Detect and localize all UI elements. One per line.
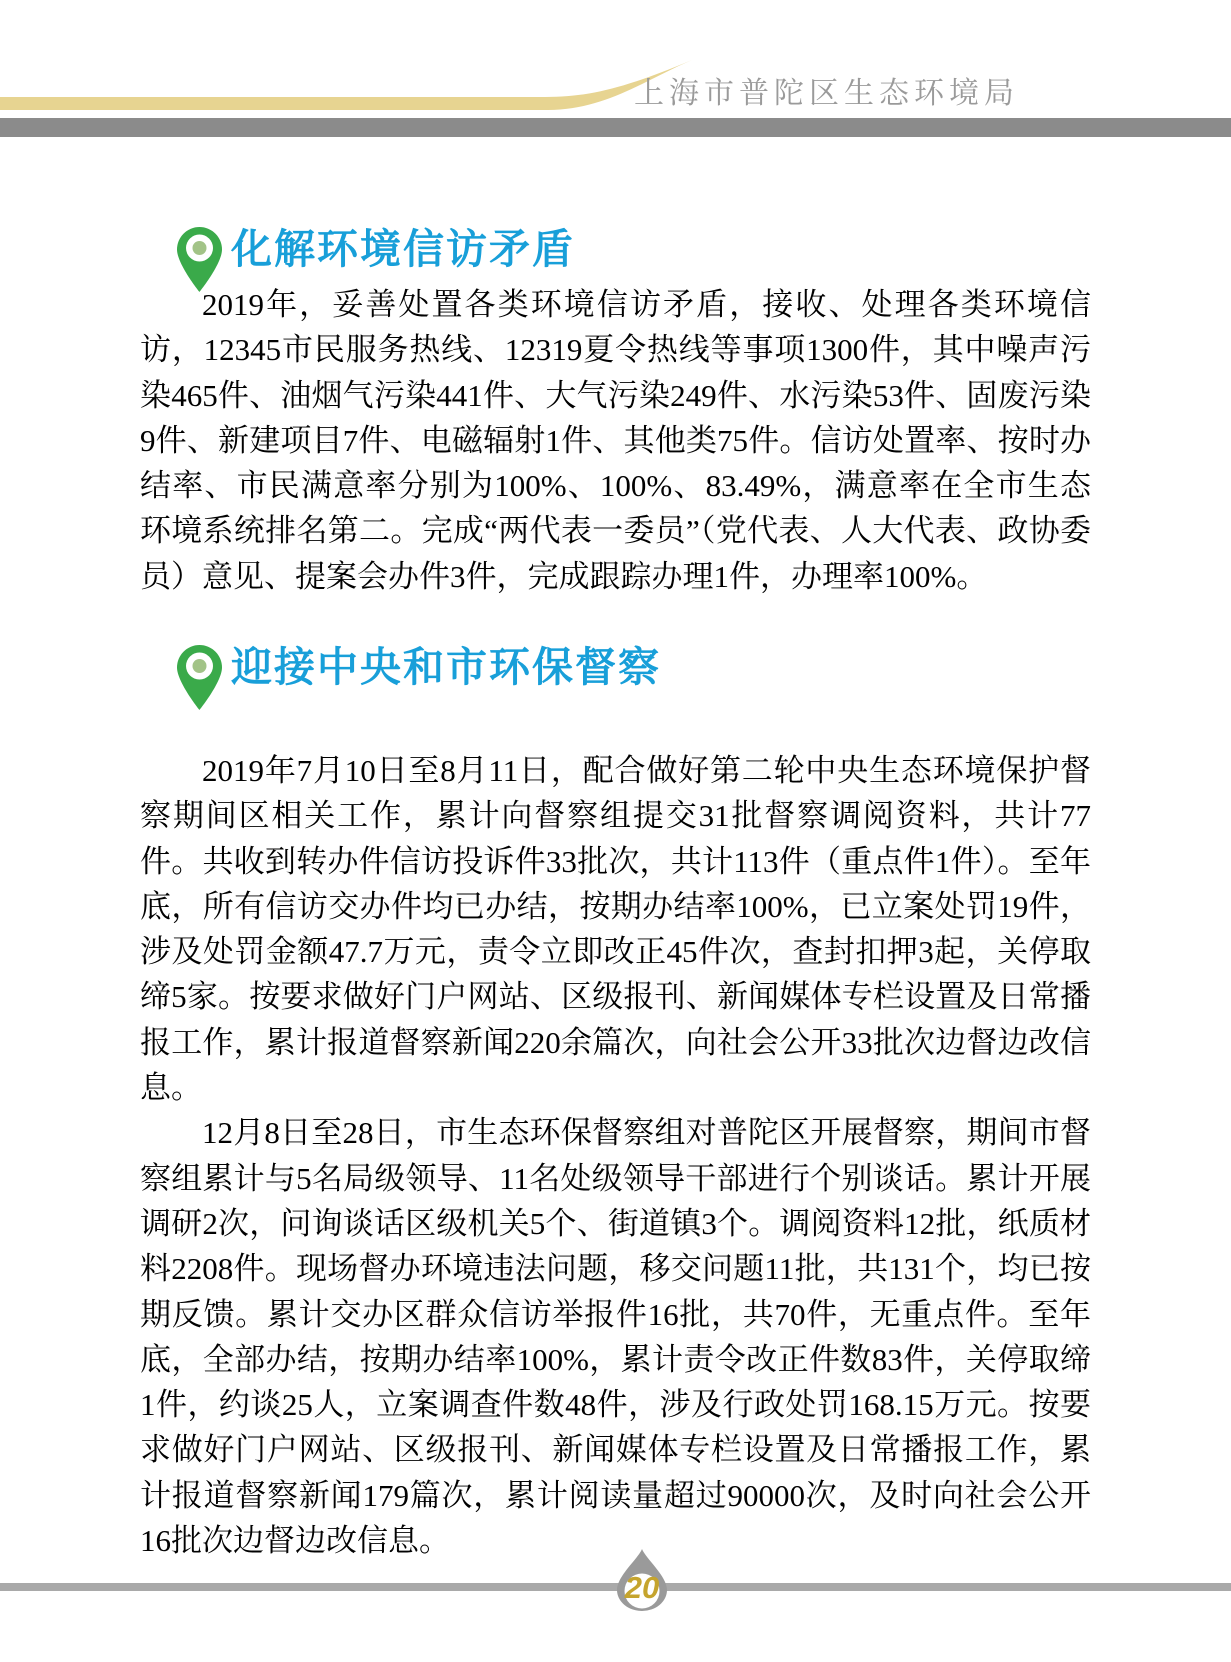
swoosh-decoration xyxy=(0,58,700,113)
header-bar xyxy=(0,118,1231,137)
paragraph: 12月8日至28日，市生态环保督察组对普陀区开展督察，期间市督察组累计与5名局级… xyxy=(140,1110,1091,1563)
section-heading-2: 迎接中央和市环保督察 xyxy=(176,642,661,710)
location-pin-icon xyxy=(176,644,223,710)
section-2-body: 2019年7月10日至8月11日，配合做好第二轮中央生态环境保护督察期间区相关工… xyxy=(140,748,1091,1563)
paragraph: 2019年7月10日至8月11日，配合做好第二轮中央生态环境保护督察期间区相关工… xyxy=(140,748,1091,1110)
paragraph: 2019年，妥善处置各类环境信访矛盾，接收、处理各类环境信访，12345市民服务… xyxy=(140,282,1091,599)
section-title: 迎接中央和市环保督察 xyxy=(231,644,661,690)
page-number: 20 xyxy=(617,1570,667,1606)
section-title: 化解环境信访矛盾 xyxy=(231,226,575,272)
document-page: 上海市普陀区生态环境局 化解环境信访矛盾 2019年，妥善处置各类环境信访矛盾，… xyxy=(0,0,1231,1662)
org-title: 上海市普陀区生态环境局 xyxy=(634,68,1019,112)
section-1-body: 2019年，妥善处置各类环境信访矛盾，接收、处理各类环境信访，12345市民服务… xyxy=(140,282,1091,599)
footer-divider xyxy=(0,1583,1231,1591)
